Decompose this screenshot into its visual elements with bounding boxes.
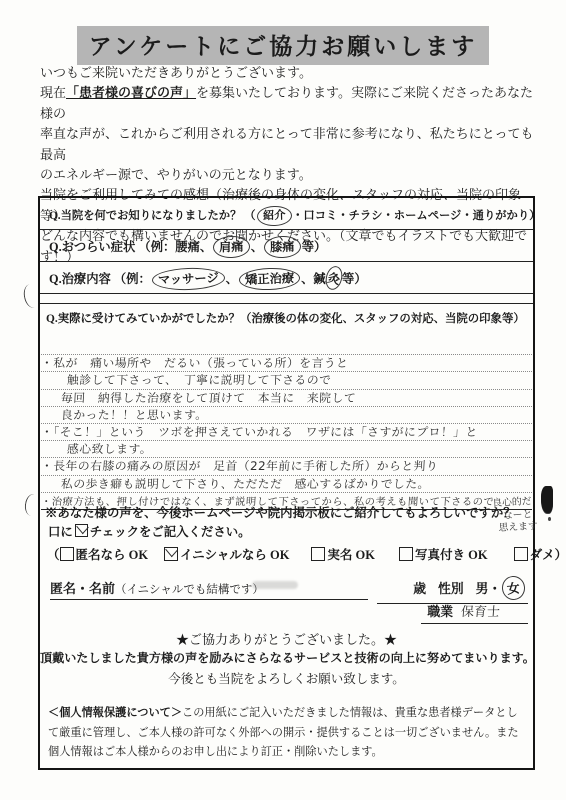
handwriting-text: ・「そこ！」という ツボを押さえていかれる ワザには「さすがにプロ！」と (41, 424, 479, 440)
option-no-label: ダメ (530, 545, 555, 563)
question-treatment-label: Q.治療内容 (49, 272, 111, 286)
checkbox-real-name (311, 547, 325, 561)
intro-line-4: のエネルギー源で、やりがいの元となります。 (40, 167, 312, 182)
thanks-line-2: 今後とも当院をよろしくお願い致します。 (40, 669, 533, 687)
q3-separator-1: 、 (226, 272, 238, 286)
patient-voice-emphasis: 「患者様の喜びの声」 (66, 85, 196, 100)
q2-example-pre: （例：腰痛、 (138, 240, 212, 254)
thanks-star-line: ★ご協力ありがとうございました。★ (40, 629, 533, 648)
checkbox-with-photo (399, 547, 413, 561)
note-line-3: 思えます (493, 521, 538, 536)
title-row: アンケートにご協力お願いします (0, 26, 566, 65)
job-underline: 職業保育士 (421, 601, 528, 624)
consent-instruction-post: チェックをご記入ください。 (90, 525, 251, 539)
handwritten-margin-note: 良心的だ なーと 思えます (492, 496, 538, 536)
job-handwritten-value: 保育士 (460, 601, 500, 620)
ruled-line-empty (41, 338, 532, 355)
question-symptoms-label: Q.おつらい症状 (49, 240, 135, 254)
handwriting-text: ・私が 痛い場所や だるい（張っている所）を言うと (41, 355, 349, 371)
circled-answer-moxibustion: 灸 (323, 264, 345, 291)
circled-gender-female: 女 (501, 575, 526, 601)
handwriting-line: 触診して下さって、 丁寧に説明して下さるので (41, 372, 532, 389)
intro-line-1: いつもご来院いただきありがとうございます。 (40, 65, 312, 80)
consent-instruction: 口にチェックをご記入ください。 (48, 522, 251, 540)
circled-answer-massage: マッサージ (151, 267, 224, 292)
consent-question: ※あなた様の声を、今後ホームページや院内掲示板にご紹介してもよろしいですか？ (45, 503, 516, 521)
option-initials-label: イニシャルなら OK (180, 545, 289, 563)
handwriting-line: ・「そこ！」という ツボを押さえていかれる ワザには「さすがにプロ！」と (41, 424, 532, 441)
q2-example-post: 等） (302, 240, 327, 254)
q3-separator-2: 、 (301, 272, 313, 286)
handwriting-line: ・私が 痛い場所や だるい（張っている所）を言うと (41, 355, 532, 372)
questionnaire-scan: アンケートにご協力お願いします いつもご来院いただきありがとうございます。 現在… (0, 0, 566, 800)
handwriting-line: 良かった！！と思います。 (41, 407, 532, 424)
option-with-photo-label: 写真付き OK (415, 545, 488, 563)
check-icon (76, 520, 89, 534)
name-label: 匿名・名前 (50, 581, 115, 596)
option-anonymous: 匿名なら OK (60, 545, 149, 563)
name-field-underline: 匿名・名前（イニシャルでも結構です） (50, 578, 368, 600)
q3-example-post: 等） (342, 272, 367, 286)
checkbox-no (514, 547, 528, 561)
handwriting-line: ・長年の右膝の痛みの原因が 足首（22年前に手術した所）からと判り (41, 458, 532, 475)
option-no: ダメ） (514, 545, 566, 563)
q1-other-options: ・口コミ・チラシ・ホームページ・通りがかり） (292, 210, 540, 222)
gender-male: 男 (476, 582, 489, 596)
age-label: 歳 (413, 582, 426, 596)
questionnaire-box: Q.当院を何でお知りになりましたか？ （紹介・口コミ・チラシ・ホームページ・通り… (38, 196, 535, 770)
name-field-row: 匿名・名前（イニシャルでも結構です） (50, 578, 368, 600)
handwriting-text: 私の歩き癖も説明して下さり、ただただ 感心するばかりでした。 (61, 476, 431, 492)
checkbox-example-icon (75, 524, 88, 537)
option-anonymous-label: 匿名なら OK (76, 545, 149, 563)
job-label: 職業 (427, 605, 453, 619)
intro-line-2-pre: 現在 (40, 85, 66, 100)
age-gender-row: 歳性別男・女 (377, 576, 528, 604)
question-impression-label: Q.実際に受けてみていかがでしたか？（治療後の体の変化、スタッフの対応、当院の印… (46, 310, 532, 326)
name-note: （イニシャルでも結構です） (115, 584, 264, 596)
option-real-name-label: 実名 OK (327, 545, 375, 563)
q1-paren-open: （ (244, 210, 255, 222)
handwriting-line: 感心致します。 (41, 441, 532, 458)
checkbox-initials-checked (164, 547, 178, 561)
handwriting-text: 良かった！！と思います。 (61, 407, 208, 423)
question-how-found: Q.当院を何でお知りになりましたか？ （紹介・口コミ・チラシ・ホームページ・通り… (40, 206, 533, 230)
q3-acupuncture-text: 鍼 (313, 272, 325, 286)
options-paren-open: （ (47, 545, 60, 563)
job-row: 職業保育士 (421, 601, 528, 624)
privacy-heading: ＜個人情報保護について＞ (48, 707, 182, 719)
handwriting-line: 私の歩き癖も説明して下さり、ただただ 感心するばかりでした。 (41, 476, 532, 493)
circled-answer-correction: 矯正治療 (239, 267, 301, 291)
handwritten-response-area: ・私が 痛い場所や だるい（張っている所）を言うと 触診して下さって、 丁寧に説… (41, 338, 532, 510)
circled-answer-shoulder-pain: 肩痛 (213, 235, 250, 258)
option-initials: イニシャルなら OK (164, 545, 289, 563)
circled-answer-referral: 紹介 (256, 205, 291, 226)
consent-instruction-pre: 口に (48, 525, 73, 539)
check-icon (165, 543, 178, 557)
handwriting-text: 触診して下さって、 丁寧に説明して下さるので (67, 372, 332, 388)
option-with-photo: 写真付き OK (399, 545, 488, 563)
note-line-1: 良心的だ (492, 496, 532, 509)
handwriting-text: 毎回 納得した治療をして頂けて 本当に 来院して (61, 390, 357, 406)
option-real-name: 実名 OK (311, 545, 375, 563)
question-how-found-label: Q.当院を何でお知りになりましたか？ (49, 210, 241, 222)
gender-label: 性別 (438, 582, 464, 596)
section-divider (40, 303, 533, 304)
q2-separator: 、 (251, 240, 263, 254)
eraser-smudge-artifact (252, 581, 298, 589)
intro-line-3: 率直な声が、これからご利用される方にとって非常に参考になり、私たちにとっても最高 (40, 126, 533, 161)
ink-dot-artifact (548, 517, 551, 521)
handwriting-text: 感心致します。 (67, 441, 153, 457)
page-title: アンケートにご協力お願いします (77, 26, 490, 65)
age-gender-underline: 歳性別男・女 (377, 576, 528, 604)
q3-example-pre: （例： (114, 272, 151, 286)
ink-smudge-artifact (541, 486, 553, 513)
question-treatment: Q.治療内容 （例：マッサージ、矯正治療、鍼灸等） (40, 266, 533, 294)
handwriting-text: ・長年の右膝の痛みの原因が 足首（22年前に手術した所）からと判り (41, 458, 439, 474)
options-paren-close: ） (555, 545, 566, 563)
thanks-line-1: 頂戴いたしました貴方様の声を励みにさらなるサービスと技術の向上に努めてまいります… (40, 649, 533, 666)
consent-options-row: （ 匿名なら OK イニシャルなら OK 実名 OK 写真付き OK ダメ） (47, 545, 529, 563)
question-symptoms: Q.おつらい症状 （例：腰痛、肩痛、膝痛等） (40, 236, 533, 262)
handwriting-line: 毎回 納得した治療をして頂けて 本当に 来院して (41, 390, 532, 407)
circled-answer-knee-pain: 膝痛 (264, 235, 301, 258)
gender-dot: ・ (488, 582, 501, 596)
checkbox-anonymous (60, 547, 74, 561)
privacy-note: ＜個人情報保護について＞この用紙にご記入いただきました情報は、貴重な患者様データ… (48, 704, 525, 763)
